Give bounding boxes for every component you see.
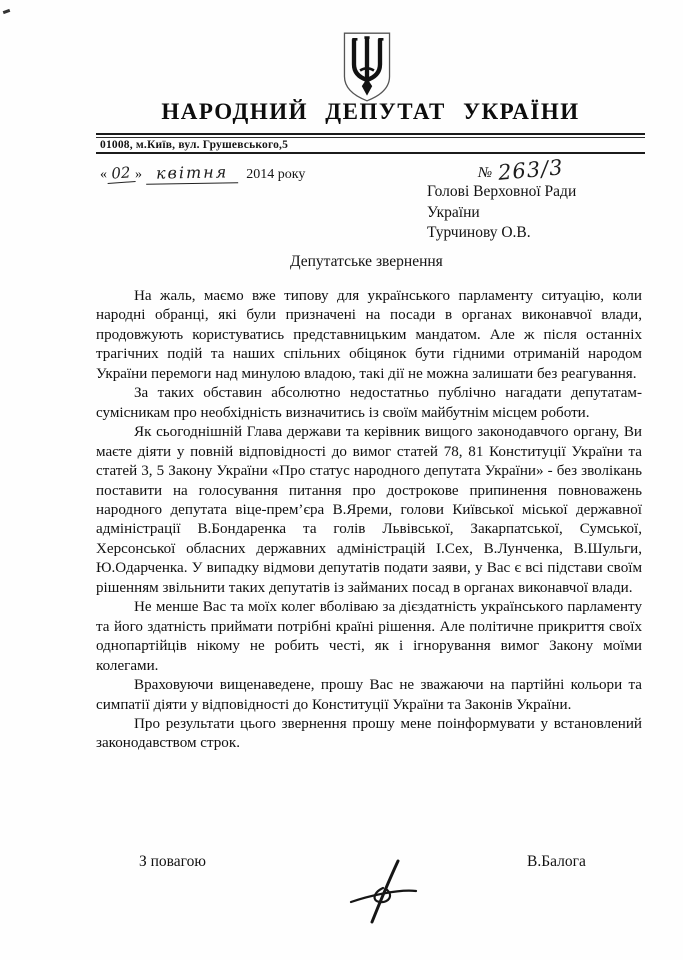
paragraph: Враховуючи вищенаведене, прошу Вас не зв… — [96, 676, 642, 715]
scan-artifact-speck — [3, 9, 11, 14]
date-close-quote: » — [135, 167, 142, 182]
paragraph: Як сьогоднішній Глава держави та керівни… — [96, 423, 642, 598]
letter-body: На жаль, маємо вже типову для українсько… — [96, 287, 642, 754]
letterhead-address: 01008, м.Київ, вул. Грушевського,5 — [100, 139, 288, 151]
letterhead-rule-top-thin — [96, 137, 645, 138]
paragraph: Не менше Вас та моїх колег вболіваю за д… — [96, 598, 642, 676]
date-year: 2014 року — [246, 167, 305, 182]
date-month-handwritten: квітня — [146, 162, 239, 185]
subject-line: Депутатське звернення — [290, 253, 443, 271]
letterhead-rule-bottom — [96, 152, 645, 154]
scanned-letter-page: НАРОДНИЙ ДЕПУТАТ УКРАЇНИ 01008, м.Київ, … — [0, 0, 683, 960]
paragraph: Про результати цього звернення прошу мен… — [96, 715, 642, 754]
closing-salutation: З повагою — [139, 853, 206, 871]
document-number: №263/3 — [478, 158, 564, 182]
addressee-line: Голові Верховної Ради — [427, 182, 576, 203]
letterhead-title: НАРОДНИЙ ДЕПУТАТ УКРАЇНИ — [96, 99, 645, 125]
number-sign: № — [478, 165, 492, 181]
date-line: «02»квітня2014 року — [100, 163, 305, 184]
letterhead-rule-top — [96, 133, 645, 135]
addressee-line: України — [427, 203, 576, 224]
handwritten-signature-icon — [346, 858, 422, 926]
addressee-line: Турчинову О.В. — [427, 223, 576, 244]
ukraine-trident-icon — [341, 31, 393, 103]
paragraph: За таких обставин абсолютно недостатньо … — [96, 384, 642, 423]
signer-name: В.Балога — [527, 853, 586, 871]
paragraph: На жаль, маємо вже типову для українсько… — [96, 287, 642, 384]
date-day-handwritten: 02 — [106, 163, 135, 184]
addressee-block: Голові Верховної Ради України Турчинову … — [427, 182, 576, 244]
number-value-handwritten: 263/3 — [497, 155, 564, 185]
